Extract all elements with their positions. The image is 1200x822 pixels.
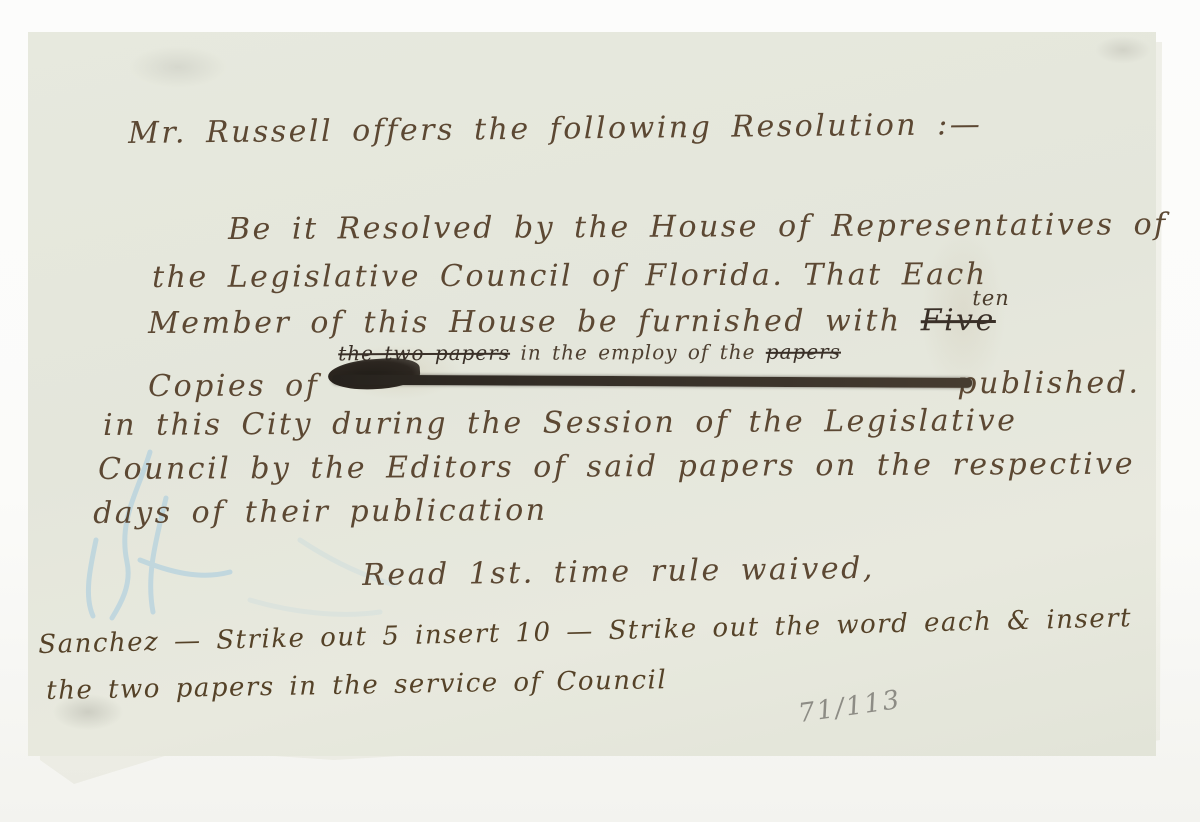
line4-before: Copies of: [148, 368, 319, 404]
manuscript-body-line-6: Council by the Editors of said papers on…: [98, 447, 1135, 487]
manuscript-body-line-1: Be it Resolved by the House of Represent…: [228, 207, 1168, 247]
endorsement-line: Read 1st. time rule waived,: [362, 551, 875, 593]
interlined-kept: in the employ of the: [520, 340, 755, 365]
line3-text: Member of this House be furnished with: [148, 303, 902, 341]
manuscript-body-line-3: Member of this House be furnished with F…: [148, 303, 996, 341]
manuscript-body-line-5: in this City during the Session of the L…: [103, 403, 1017, 443]
interlined-struck-b: papers: [766, 340, 841, 364]
heavy-strikeout-zone: the two papers in the employ of the pape…: [338, 353, 938, 395]
heavy-strike-bar: [332, 375, 972, 388]
amendment-five-to-ten: Five ten: [921, 303, 996, 338]
manuscript-body-line-4: Copies of the two papers in the employ o…: [148, 353, 1141, 404]
inserted-word-ten: ten: [972, 286, 1009, 310]
manuscript-body-line-2: the Legislative Council of Florida. That…: [152, 257, 988, 295]
manuscript-body-line-7: days of their publication: [93, 493, 548, 531]
interlined-text: the two papers in the employ of the pape…: [338, 339, 958, 365]
scanned-document-page: Mr. Russell offers the following Resolut…: [0, 0, 1200, 822]
line4-after: published.: [957, 366, 1140, 402]
